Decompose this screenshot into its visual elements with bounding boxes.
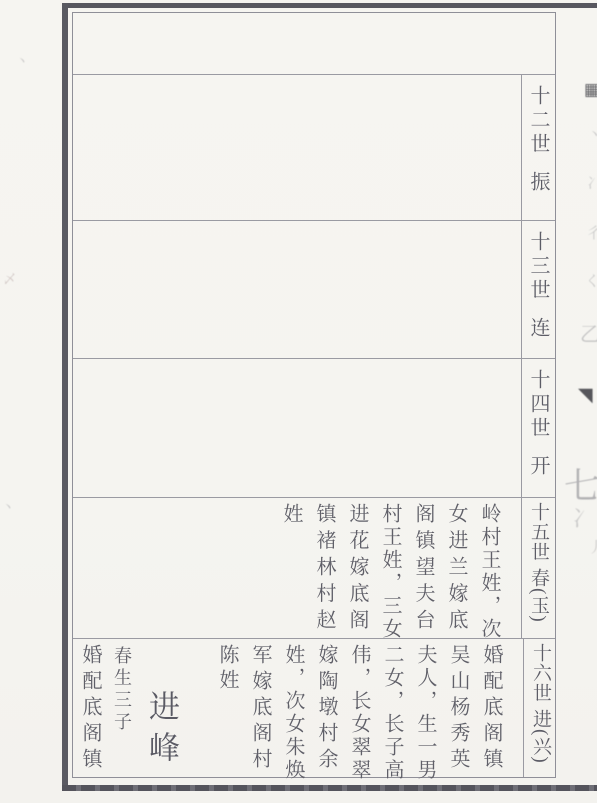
generation-15-label: 十五世 春(玉): [521, 498, 555, 638]
genealogy-text-column: 军嫁底阁村: [243, 644, 276, 771]
bleed-glyph: 冫: [587, 173, 597, 193]
bleed-glyph: 七: [564, 458, 597, 509]
generation-era-text: 十六世: [527, 643, 554, 703]
generation-name-char: 开: [524, 455, 553, 479]
generation-16-content: 婚配底阁镇吴山杨秀英夫人，生一男二女，长子高伟，长女翠翠嫁陶墩村余姓，次女朱焕军…: [73, 639, 523, 777]
genealogy-text-column: 进花嫁底阁: [340, 503, 373, 632]
genealogy-text-column: 二女，长子高: [375, 644, 408, 771]
genealogy-text-column: 村王姓，三女: [373, 503, 406, 632]
generation-15-content: 岭村王姓，次女进兰嫁底阁镇望夫台村王姓，三女进花嫁底阁镇褚林村赵姓: [73, 498, 521, 638]
generation-12-label: 十二世 振: [521, 75, 555, 220]
header-row-empty: [73, 13, 555, 74]
person-annotation: 春生三子: [106, 644, 138, 771]
generation-era-text: 十五世: [525, 502, 552, 562]
bleed-glyph: 冫: [572, 502, 594, 533]
generation-era-text: 十三世: [524, 231, 553, 303]
entry-separator-gap: [184, 644, 210, 771]
generation-13-content: [73, 221, 521, 358]
generation-row-13: 十三世 连: [73, 220, 555, 358]
genealogy-text-column: 陈姓: [210, 644, 243, 771]
margin-speck: 丶: [2, 498, 14, 515]
genealogy-text-column: 阁镇望夫台: [406, 503, 439, 632]
generation-name-char: 春(玉): [525, 568, 552, 623]
generation-13-label: 十三世 连: [521, 221, 555, 358]
bleed-glyph: 丶: [588, 124, 597, 143]
frame-border-top: [62, 3, 597, 8]
genealogy-text-column: 夫人，生一男: [408, 644, 441, 771]
bleed-glyph: 乙: [580, 318, 597, 347]
genealogy-text-column: 伟，长女翠翠: [342, 644, 375, 771]
generation-era-text: 十四世: [524, 369, 553, 441]
bleed-glyph: 彳: [586, 222, 597, 243]
generation-16-label: 十六世 进(兴): [523, 639, 557, 777]
generation-name-char: 振: [524, 171, 553, 195]
genealogy-text-column: 吴山杨秀英: [441, 644, 474, 771]
genealogy-text-column: 婚配底阁镇: [474, 644, 507, 771]
genealogy-text-column: 婚配底阁镇: [73, 644, 106, 771]
frame-border-left: [62, 3, 68, 791]
genealogy-text-column: 女进兰嫁底: [439, 503, 472, 632]
genealogy-text-column: 姓，次女朱焕: [276, 644, 309, 771]
margin-speck: 丶: [16, 52, 28, 69]
person-name: 进峰: [138, 644, 184, 771]
generation-row-16: 婚配底阁镇吴山杨秀英夫人，生一男二女，长子高伟，长女翠翠嫁陶墩村余姓，次女朱焕军…: [73, 638, 555, 777]
generation-name-char: 进(兴): [527, 709, 554, 764]
genealogy-text-column: 姓: [274, 503, 307, 632]
scanned-genealogy-page: 十二世 振 十三世 连 十四世 开 岭村王姓，次女进兰嫁底阁镇望夫台村王姓，三女…: [0, 0, 597, 803]
genealogy-text-column: 镇褚林村赵: [307, 503, 340, 632]
generation-row-14: 十四世 开: [73, 358, 555, 497]
margin-speck: 乄: [4, 270, 16, 287]
bleed-glyph: 丿: [588, 536, 597, 557]
generation-14-content: [73, 359, 521, 497]
generation-era-text: 十二世: [524, 85, 553, 157]
bleed-glyph: ▦: [584, 80, 597, 100]
bleed-glyph: ◥: [578, 384, 593, 407]
generation-name-char: 连: [524, 317, 553, 341]
generation-row-15: 岭村王姓，次女进兰嫁底阁镇望夫台村王姓，三女进花嫁底阁镇褚林村赵姓 十五世 春(…: [73, 497, 555, 638]
frame-border-bottom: [62, 785, 597, 791]
generation-14-label: 十四世 开: [521, 359, 555, 497]
bleed-glyph: く: [585, 270, 597, 291]
genealogy-text-column: 岭村王姓，次: [472, 503, 505, 632]
generation-12-content: [73, 75, 521, 220]
genealogy-text-column: 嫁陶墩村余: [309, 644, 342, 771]
generation-row-12: 十二世 振: [73, 74, 555, 220]
genealogy-table: 十二世 振 十三世 连 十四世 开 岭村王姓，次女进兰嫁底阁镇望夫台村王姓，三女…: [72, 12, 556, 778]
